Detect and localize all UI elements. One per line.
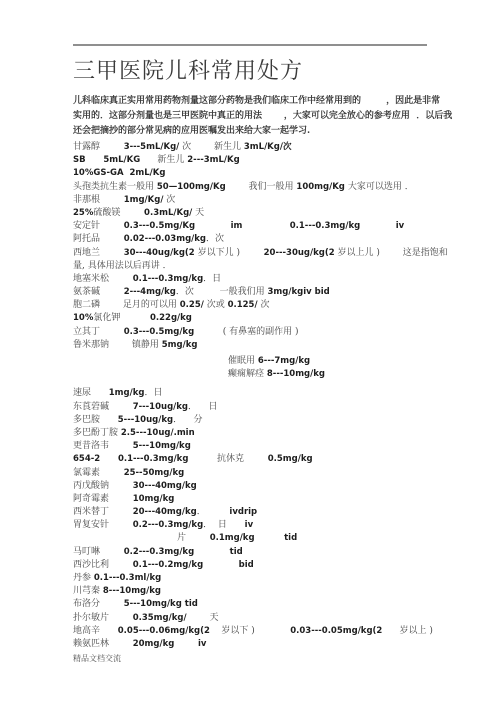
drug-name-text: 片 [177,533,186,543]
drug-row: 10%氯化钾 0.22g/kg [73,312,498,325]
drug-name-text: 头孢类抗生素一般用 [73,182,157,192]
drug-row: SB 5mL/KG 新生儿 2---3mL/Kg [73,154,498,167]
intro-paragraph: 儿科临床真正实用常用药物剂量这部分药物是我们临床工作中经常用到的 ，因此是非常 … [73,94,435,139]
drug-row: 多巴胺 5---10ug/kg． 分 [73,414,498,427]
drug-name-text: 阿奇霉素 [73,494,109,504]
drug-name-text: 一般我们用 [194,287,268,297]
top-divider-line [73,44,427,46]
drug-name-text: ． [197,507,206,517]
drug-name-text: 岁以上 ) [382,626,433,636]
dose-value-text: 0.1---0.2mg/kg bid [109,560,254,570]
drug-row: 安定针 0.3---0.5mg/Kg im 0.1---0.3mg/kg iv [73,220,498,233]
drug-name-text: 东莨菪碱 [73,402,109,412]
drug-row: 赖氨匹林 20mg/kg iv [73,638,498,651]
drug-name-text: 安定针 [73,221,100,231]
dose-value-text: 0.1---0.3mg/kg iv [242,221,404,231]
dose-value-text: 30---40mg/kg [109,481,197,491]
dose-value-text: 0.1---0.3mg/kg [109,274,203,284]
dose-value-text: 0.5mg/kg [244,454,313,464]
footer-text: 精品文档交流 [73,653,121,664]
drug-name-text: 岁以下 ) [210,626,255,636]
drug-row: 癫痫解痉 8---10mg/kg [73,368,498,381]
drug-name-text: 大家可以选用 ． [348,182,414,192]
dose-value-text: 5mg/kg [162,340,198,350]
drug-name-text: 天 [192,208,204,218]
drug-row: 阿托品 0.02---0.03mg/kg．次 [73,233,498,246]
dose-value-text: 3mL/Kg/次 [244,142,292,152]
drug-row: 东莨菪碱 7---10ug/kg． 日 [73,401,498,414]
drug-name-text: 扑尔敏片 [73,613,109,623]
dose-value-text: 8---10mg/kg [267,369,325,379]
dose-value-text: 10%GS-GA 2mL/Kg [73,168,165,178]
dose-value-text: 2---3mL/Kg [187,155,239,165]
dose-value-text: 0.02---0.03mg/kg [100,234,206,244]
drug-name-text: 甘露醇 [73,142,100,152]
drug-name-text: 新生儿 [191,142,244,152]
dose-value-text: 5---10mg/kg tid [100,599,198,609]
drug-name-text: 胞二磷 [73,300,100,310]
dose-value-text: 1mg/Kg/ [100,195,163,205]
drug-name-text: 次 [163,195,175,205]
drug-row: 地高辛 0.05---0.06mg/kg(2 岁以下 ) 0.03---0.05… [73,625,498,638]
drug-row: 丙戊酸钠 30---40mg/kg [73,480,498,493]
drug-name-text: 西米替丁 [73,507,109,517]
drug-row: 速尿 1mg/kg．日 [73,387,498,400]
drug-name-text: 西地兰 [73,248,100,258]
drug-row: 氯霉素 25--50mg/kg [73,467,498,480]
drug-row: 地塞米松 0.1---0.3mg/kg．日 [73,273,498,286]
page-title: 三甲医院儿科常用处方 [73,54,303,85]
drug-row: 布洛分 5---10mg/kg tid [73,598,498,611]
intro-line-2: 实用的．这部分剂量也是三甲医院中真正的用法 ，大家可以完全放心的参考应用 ．以后… [73,109,435,124]
drug-name-text: ． 日 [203,520,227,530]
drug-row: 川芎秦 8---10mg/kg [73,585,498,598]
drug-row: 更昔洛韦 5---10mg/kg [73,440,498,453]
drug-row: 甘露醇 3---5mL/Kg/ 次 新生儿 3mL/Kg/次 [73,141,498,154]
drug-dose-list: 甘露醇 3---5mL/Kg/ 次 新生儿 3mL/Kg/次SB 5mL/KG … [73,141,498,651]
drug-row: 丹参 0.1---0.3ml/kg [73,572,498,585]
drug-name-text: 西沙比利 [73,560,109,570]
drug-row: 25%硫酸镁 0.3mL/Kg/ 天 [73,207,498,220]
drug-name-text: 阿托品 [73,234,100,244]
drug-name-text: 胃复安针 [73,520,109,530]
drug-name-text: 天 [187,613,219,623]
drug-name-text: 量, 具体用法以后再讲 ． [73,261,172,271]
drug-name-text: 多巴胺 [73,415,100,425]
drug-row: 阿奇霉素 10mg/kg [73,493,498,506]
dose-value-text: 20mg/kg iv [109,639,206,649]
dose-value-text: 3mg/kgiv bid [268,287,330,297]
dose-value-text: 0.3---0.5mg/kg [100,327,194,337]
dose-value-text: 3---5mL/Kg/ [100,142,179,152]
drug-name-text: ．日 [203,274,221,284]
drug-row: 10%GS-GA 2mL/Kg [73,167,498,180]
drug-row: 氨茶碱 2---4mg/kg．次 一般我们用 3mg/kgiv bid [73,286,498,299]
drug-name-text: 这是指饱和 [380,248,448,258]
drug-name-text: 足月的可以用 [100,300,180,310]
drug-name-text: 氯霉素 [73,468,100,478]
drug-name-text: 抗休克 [188,454,244,464]
drug-row: 胃复安针 0.2---0.3mg/kg． 日 iv [73,519,498,532]
drug-name-text: ．日 [144,388,162,398]
drug-name-text: 马叮啉 [73,547,100,557]
dose-value-text: 0.25/ [180,300,204,310]
drug-name-text: 催眠用 [228,356,258,366]
dose-value-text: 0.3---0.5mg/Kg im [100,221,242,231]
intro-line-3: 还会把摘抄的部分常见病的应用医嘱发出来给大家一起学习. [73,124,435,139]
drug-name-text: ．次 [206,234,224,244]
dose-value-text: 0.125/ [228,300,258,310]
dose-value-text: 2---4mg/kg [100,287,176,297]
dose-value-text: 10% [73,313,93,323]
dose-value-text: 6---7mg/kg [258,356,310,366]
drug-name-text: 次或 [204,300,228,310]
drug-row: 西沙比利 0.1---0.2mg/kg bid [73,559,498,572]
drug-name-text: 多巴酚丁胺 [73,428,121,438]
drug-name-text: 速尿 [73,388,91,398]
drug-row: 鲁米那钠 镇静用 5mg/kg [73,339,498,352]
drug-name-text: 岁以上儿 ) [335,248,380,258]
drug-name-text: 我们一般用 [226,182,297,192]
dose-value-text: 654-2 0.1---0.3mg/kg [73,454,188,464]
drug-row: 马叮啉 0.2---0.3mg/kg tid [73,546,498,559]
dose-value-text: 0.3mL/Kg/ [120,208,192,218]
drug-name-text: 癫痫解痉 [228,369,267,379]
dose-value-text: 0.2---0.3mg/kg [109,520,203,530]
drug-name-text: 丙戊酸钠 [73,481,109,491]
dose-value-text: SB 5mL/KG [73,155,140,165]
drug-row: 654-2 0.1---0.3mg/kg 抗休克 0.5mg/kg [73,453,498,466]
dose-value-text: 8---10mg/kg [103,586,161,596]
drug-name-text: 硫酸镁 [93,208,120,218]
drug-row: 西地兰 30---40ug/kg(2 岁以下儿 ) 20---30ug/kg(2… [73,247,498,260]
drug-name-text: 新生儿 [140,155,187,165]
dose-value-text: 20---30ug/kg(2 [240,248,335,258]
drug-row: 扑尔敏片 0.35mg/kg/ 天 [73,612,498,625]
drug-name-text: ． 分 [173,415,202,425]
drug-name-text: 立其丁 [73,327,100,337]
dose-value-text: 100mg/Kg [296,182,347,192]
drug-row: 片 0.1mg/kg tid [73,532,498,545]
dose-value-text: 5---10ug/kg [100,415,173,425]
drug-row: 头孢类抗生素一般用 50—100mg/Kg 我们一般用 100mg/Kg 大家可… [73,181,498,194]
dose-value-text: 0.2---0.3mg/kg tid [100,547,243,557]
drug-row: 量, 具体用法以后再讲 ． [73,260,498,273]
drug-name-text: 氯化钾 [93,313,120,323]
drug-row: 胞二磷 足月的可以用 0.25/ 次或 0.125/ 次 [73,299,498,312]
drug-row: 西米替丁 20---40mg/kg． ivdrip [73,506,498,519]
dose-value-text: 0.22g/kg [120,313,192,323]
drug-name-text: 赖氨匹林 [73,639,109,649]
dose-value-text: 0.1mg/kg tid [186,533,297,543]
drug-name-text: 镇静用 [109,340,162,350]
drug-name-text: 鲁米那钠 [73,340,109,350]
drug-name-text: 丹参 [73,573,94,583]
dose-value-text: 30---40ug/kg(2 [100,248,195,258]
dose-value-text: 0.05---0.06mg/kg(2 [100,626,210,636]
drug-row: 非那根 1mg/Kg/ 次 [73,194,498,207]
document-page: 三甲医院儿科常用处方 儿科临床真正实用常用药物剂量这部分药物是我们临床工作中经常… [0,0,500,708]
dose-value-text: ivdrip [206,507,257,517]
dose-value-text: 0.35mg/kg/ [109,613,187,623]
dose-value-text: 10mg/kg [109,494,174,504]
drug-row: 催眠用 6---7mg/kg [73,355,498,368]
dose-value-text: 1mg/kg [91,388,144,398]
drug-name-text: 更昔洛韦 [73,441,109,451]
intro-line-1: 儿科临床真正实用常用药物剂量这部分药物是我们临床工作中经常用到的 ，因此是非常 [73,94,435,109]
dose-value-text: 0.1---0.3ml/kg [94,573,161,583]
drug-name-text: 氨茶碱 [73,287,100,297]
dose-value-text: 25--50mg/kg [100,468,184,478]
drug-name-text: 非那根 [73,195,100,205]
dose-value-text: 5---10mg/kg [109,441,191,451]
drug-name-text: 地高辛 [73,626,100,636]
drug-name-text: ( 有鼻塞的副作用 ) [194,327,298,337]
dose-value-text: 2.5---10ug/.min [121,428,195,438]
dose-value-text: 50—100mg/Kg [157,182,226,192]
drug-name-text: 布洛分 [73,599,100,609]
drug-name-text: 川芎秦 [73,586,103,596]
drug-name-text: ． 日 [188,402,217,412]
dose-value-text: iv [227,520,253,530]
drug-name-text: 地塞米松 [73,274,109,284]
drug-name-text: 次 [179,142,191,152]
drug-name-text: 岁以下儿 ) [195,248,240,258]
drug-row: 多巴酚丁胺 2.5---10ug/.min [73,427,498,440]
dose-value-text: 20---40mg/kg [109,507,197,517]
dose-value-text: 7---10ug/kg [109,402,188,412]
dose-value-text: 0.03---0.05mg/kg(2 [255,626,383,636]
dose-value-text: 25% [73,208,93,218]
drug-name-text: 次 [258,300,270,310]
drug-name-text: ．次 [176,287,194,297]
drug-row: 立其丁 0.3---0.5mg/kg ( 有鼻塞的副作用 ) [73,326,498,339]
